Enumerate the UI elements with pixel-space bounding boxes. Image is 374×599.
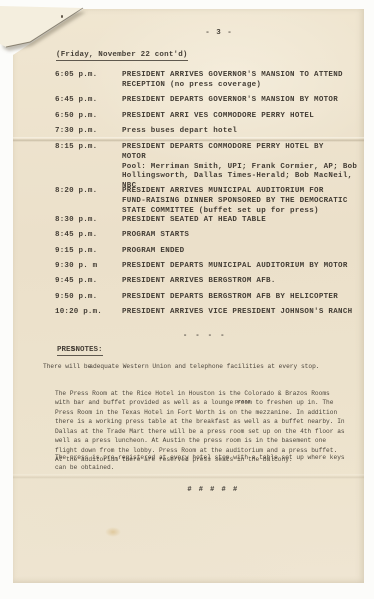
schedule-time: 6:50 p.m. <box>55 112 97 120</box>
schedule-time: 8:20 p.m. <box>55 187 97 195</box>
schedule-time: 9:30 p. m <box>55 262 97 270</box>
schedule-description: PRESIDENT SEATED AT HEAD TABLE <box>122 216 364 226</box>
schedule-time: 8:45 p.m. <box>55 231 97 239</box>
schedule-description: PRESIDENT ARRIVES VICE PRESIDENT JOHNSON… <box>122 308 364 318</box>
notes-intro-paragraph: There will beadequate Western Union and … <box>43 362 355 372</box>
schedule-description: Press buses depart hotel <box>122 127 364 137</box>
paper-stain <box>105 527 121 537</box>
schedule-time: 8:30 p.m. <box>55 216 97 224</box>
end-of-page-hashes: # # # # # <box>173 486 253 494</box>
schedule-description: PRESIDENT ARRI VES COMMODORE PERRY HOTEL <box>122 112 364 122</box>
schedule-time: 8:15 p.m. <box>55 143 97 151</box>
schedule-time: 9:45 p.m. <box>55 277 97 285</box>
schedule-time: 6:05 p.m. <box>55 71 97 79</box>
fold-crease-lower <box>13 474 364 479</box>
schedule-description: PROGRAM STARTS <box>122 231 364 241</box>
notes-footer-paragraph: The press is pre-registered at every hot… <box>55 453 363 472</box>
fold-flap <box>0 6 83 47</box>
page-number: - 3 - <box>169 29 269 37</box>
press-notes-heading: PRESSNOTES: <box>57 346 103 356</box>
typed-insertion-word: press <box>235 400 251 405</box>
notes-intro-part2: Western Union and telephone facilities a… <box>119 363 320 370</box>
schedule-description: PRESIDENT ARRIVES MUNICIPAL AUDITORIUM F… <box>122 187 364 216</box>
fold-crease-upper <box>13 137 364 142</box>
schedule-description: PRESIDENT DEPARTS GOVERNOR'S MANSION BY … <box>122 96 364 106</box>
fold-speck <box>61 15 63 18</box>
folded-corner <box>0 0 100 62</box>
schedule-description: PROGRAM ENDED <box>122 247 364 257</box>
notes-intro-overtype: adequate <box>89 363 119 370</box>
schedule-time: 9:15 p.m. <box>55 247 97 255</box>
notes-intro-part1: There will be <box>43 363 91 370</box>
schedule-description: PRESIDENT DEPARTS COMMODORE PERRY HOTEL … <box>122 143 364 192</box>
press-notes-heading-part2: NOTES: <box>76 346 103 354</box>
schedule-time: 6:45 p.m. <box>55 96 97 104</box>
document-page: - 3 - (Friday, November 22 cont'd) 6:05 … <box>13 9 364 583</box>
schedule-description: PRESIDENT DEPARTS BERGSTROM AFB BY HELIC… <box>122 293 364 303</box>
schedule-time: 9:50 p.m. <box>55 293 97 301</box>
section-separator-dashes: - - - - <box>183 332 226 340</box>
notes-body-text: The Press Room at the Rice Hotel in Hous… <box>55 390 345 464</box>
schedule-description: PRESIDENT ARRIVES GOVERNOR'S MANSION TO … <box>122 71 364 91</box>
schedule-time: 7:30 p.m. <box>55 127 97 135</box>
schedule-description: PRESIDENT DEPARTS MUNICIPAL AUDITORIUM B… <box>122 262 364 272</box>
schedule-time: 10:20 p.m. <box>55 308 102 316</box>
schedule-description: PRESIDENT ARRIVES BERGSTROM AFB. <box>122 277 364 287</box>
